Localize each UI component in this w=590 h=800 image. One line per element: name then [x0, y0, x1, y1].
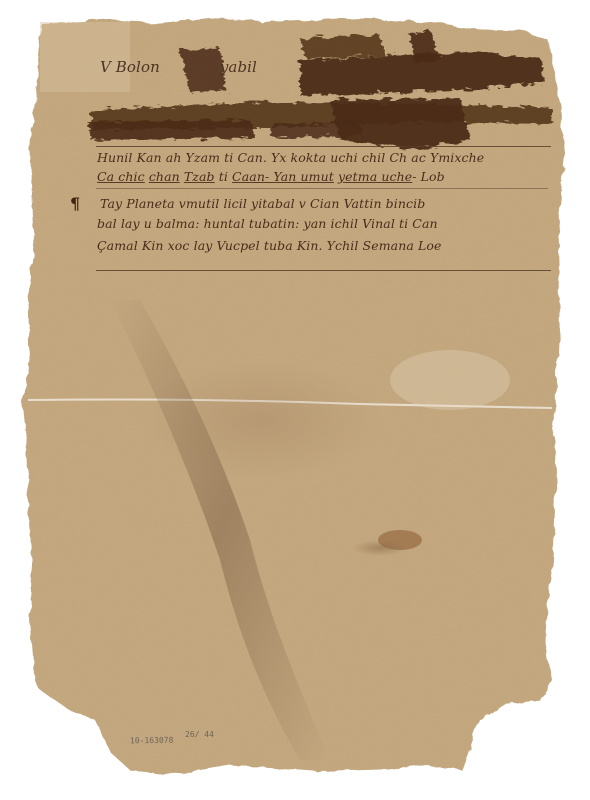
line-2-part-2: chan [149, 169, 180, 184]
manuscript-heading: V Bolonyabil [100, 58, 257, 76]
heading-word-1: V Bolon [100, 58, 160, 76]
manuscript-line-5: Çamal Kin xoc lay Vucpel tuba Kin. Ychil… [97, 238, 442, 253]
ruled-line-bottom [96, 270, 551, 271]
line-2-part-4: ti [219, 169, 228, 184]
archive-catalog-fraction: 26/ 44 [185, 730, 214, 739]
heading-word-2: yabil [220, 58, 257, 76]
line-2-part-7: yetma uche [338, 169, 412, 184]
archive-catalog-number: 10-163078 [130, 736, 174, 746]
manuscript-line-2: Ca chic chan Tzab ti Caan- Yan umut yetm… [97, 169, 445, 184]
line-2-part-1: Ca chic [97, 169, 145, 184]
paragraph-mark-icon: ¶ [70, 194, 80, 213]
ruled-line-top [96, 146, 551, 147]
line-2-part-5: Caan [232, 169, 265, 184]
line-2-part-8: - Lob [412, 169, 445, 184]
line-2-part-3: Tzab [184, 169, 215, 184]
paper-sheet [0, 0, 590, 800]
manuscript-line-4: bal lay u balma: huntal tubatin: yan ich… [97, 216, 438, 231]
manuscript-line-3: Tay Planeta vmutil licil yitabal v Cian … [100, 196, 425, 211]
manuscript-page: V Bolonyabil Hunil Kan ah Yzam ti Can. Y… [0, 0, 590, 800]
ruled-line-mid [96, 188, 548, 189]
line-2-part-6: - Yan umut [265, 169, 334, 184]
manuscript-line-1: Hunil Kan ah Yzam ti Can. Yx kokta uchi … [97, 150, 484, 165]
